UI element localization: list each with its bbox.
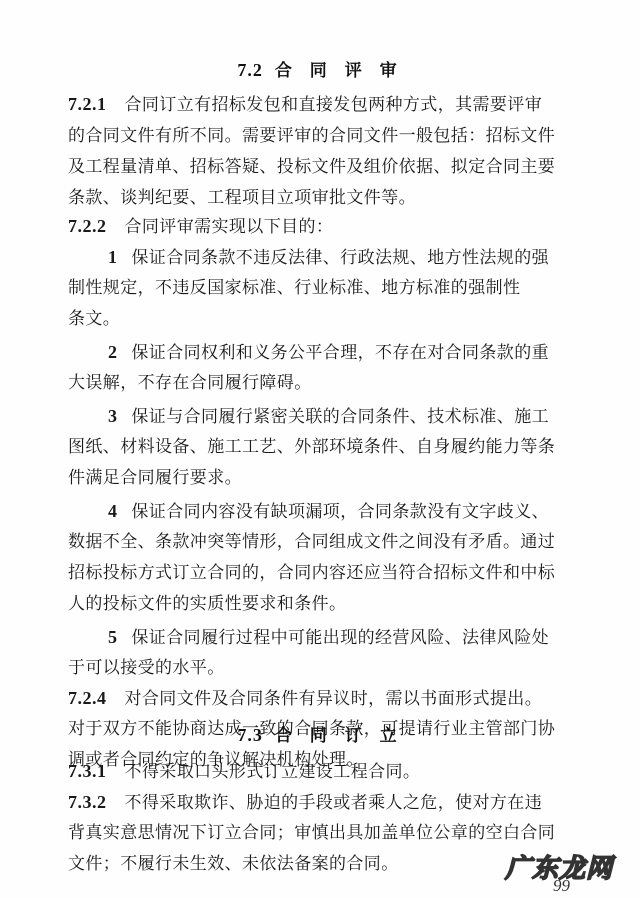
document-page: 7.2合 同 评 审 7.2.1合同订立有招标发包和直接发包两种方式，其需要评审…: [0, 0, 640, 898]
clause-line: 的合同文件有所不同。需要评审的合同文件一般包括：招标文件: [68, 123, 576, 149]
page-number: 99: [553, 876, 570, 896]
list-item-2: 2保证合同权利和义务公平合理，不存在对合同条款的重: [68, 339, 576, 366]
clause-number: 7.3.2: [68, 792, 107, 812]
item-text: 保证合同条款不违反法律、行政法规、地方性法规的强: [131, 248, 549, 268]
section-number: 7.2: [237, 60, 263, 80]
clause-line: 条款、谈判纪要、工程项目立项审批文件等。: [68, 185, 576, 211]
clause-text: 合同评审需实现以下目的：: [125, 217, 334, 237]
item-line: 数据不全、条款冲突等情形，合同组成文件之间没有矛盾。通过: [68, 529, 576, 555]
clause-number: 7.2.2: [68, 216, 107, 236]
item-number: 5: [108, 627, 117, 647]
clause-text: 对合同文件及合同条件有异议时，需以书面形式提出。: [125, 689, 543, 709]
item-number: 1: [108, 247, 117, 267]
clause-line: 文件；不履行未生效、未依法备案的合同。: [68, 851, 576, 877]
section-title: 合 同 订 立: [275, 726, 403, 746]
item-line: 件满足合同履行要求。: [68, 465, 576, 491]
list-item-3: 3保证与合同履行紧密关联的合同条件、技术标准、施工: [68, 403, 576, 430]
item-line: 条文。: [68, 306, 576, 332]
item-text: 保证与合同履行紧密关联的合同条件、技术标准、施工: [131, 407, 549, 427]
item-text: 保证合同履行过程中可能出现的经营风险、法律风险处: [131, 628, 549, 648]
section-number: 7.3: [237, 725, 263, 745]
item-line: 大误解，不存在合同履行障碍。: [68, 370, 576, 396]
section-title: 合 同 评 审: [275, 61, 403, 81]
item-number: 4: [108, 501, 117, 521]
item-text: 保证合同内容没有缺项漏项，合同条款没有文字歧义、: [131, 502, 549, 522]
clause-text: 不得采取口头形式订立建设工程合同。: [125, 762, 421, 782]
item-line: 图纸、材料设备、施工工艺、外部环境条件、自身履约能力等条: [68, 434, 576, 460]
item-number: 2: [108, 342, 117, 362]
clause-number: 7.3.1: [68, 761, 107, 781]
item-line: 制性规定，不违反国家标准、行业标准、地方标准的强制性: [68, 275, 576, 301]
clause-7-2-1: 7.2.1合同订立有招标发包和直接发包两种方式，其需要评审: [68, 91, 576, 118]
list-item-4: 4保证合同内容没有缺项漏项，合同条款没有文字歧义、: [68, 498, 576, 525]
item-text: 保证合同权利和义务公平合理，不存在对合同条款的重: [131, 343, 549, 363]
clause-line: 背真实意思情况下订立合同；审慎出具加盖单位公章的空白合同: [68, 820, 576, 846]
list-item-1: 1保证合同条款不违反法律、行政法规、地方性法规的强: [68, 244, 576, 271]
item-line: 人的投标文件的实质性要求和条件。: [68, 591, 576, 617]
clause-text: 合同订立有招标发包和直接发包两种方式，其需要评审: [125, 95, 543, 115]
item-line: 于可以接受的水平。: [68, 655, 576, 681]
clause-7-3-1: 7.3.1不得采取口头形式订立建设工程合同。: [68, 758, 576, 785]
section-heading-7-2: 7.2合 同 评 审: [0, 56, 640, 81]
item-number: 3: [108, 406, 117, 426]
section-heading-7-3: 7.3合 同 订 立: [0, 721, 640, 746]
item-line: 招标投标方式订立合同的，合同内容还应当符合招标文件和中标: [68, 560, 576, 586]
clause-text: 不得采取欺诈、胁迫的手段或者乘人之危，使对方在违: [125, 793, 543, 813]
clause-number: 7.2.4: [68, 688, 107, 708]
clause-7-2-4: 7.2.4对合同文件及合同条件有异议时，需以书面形式提出。: [68, 685, 576, 712]
clause-line: 及工程量清单、招标答疑、投标文件及组价依据、拟定合同主要: [68, 154, 576, 180]
list-item-5: 5保证合同履行过程中可能出现的经营风险、法律风险处: [68, 624, 576, 651]
clause-number: 7.2.1: [68, 94, 107, 114]
clause-7-2-2: 7.2.2合同评审需实现以下目的：: [68, 213, 576, 240]
clause-7-3-2: 7.3.2不得采取欺诈、胁迫的手段或者乘人之危，使对方在违: [68, 789, 576, 816]
